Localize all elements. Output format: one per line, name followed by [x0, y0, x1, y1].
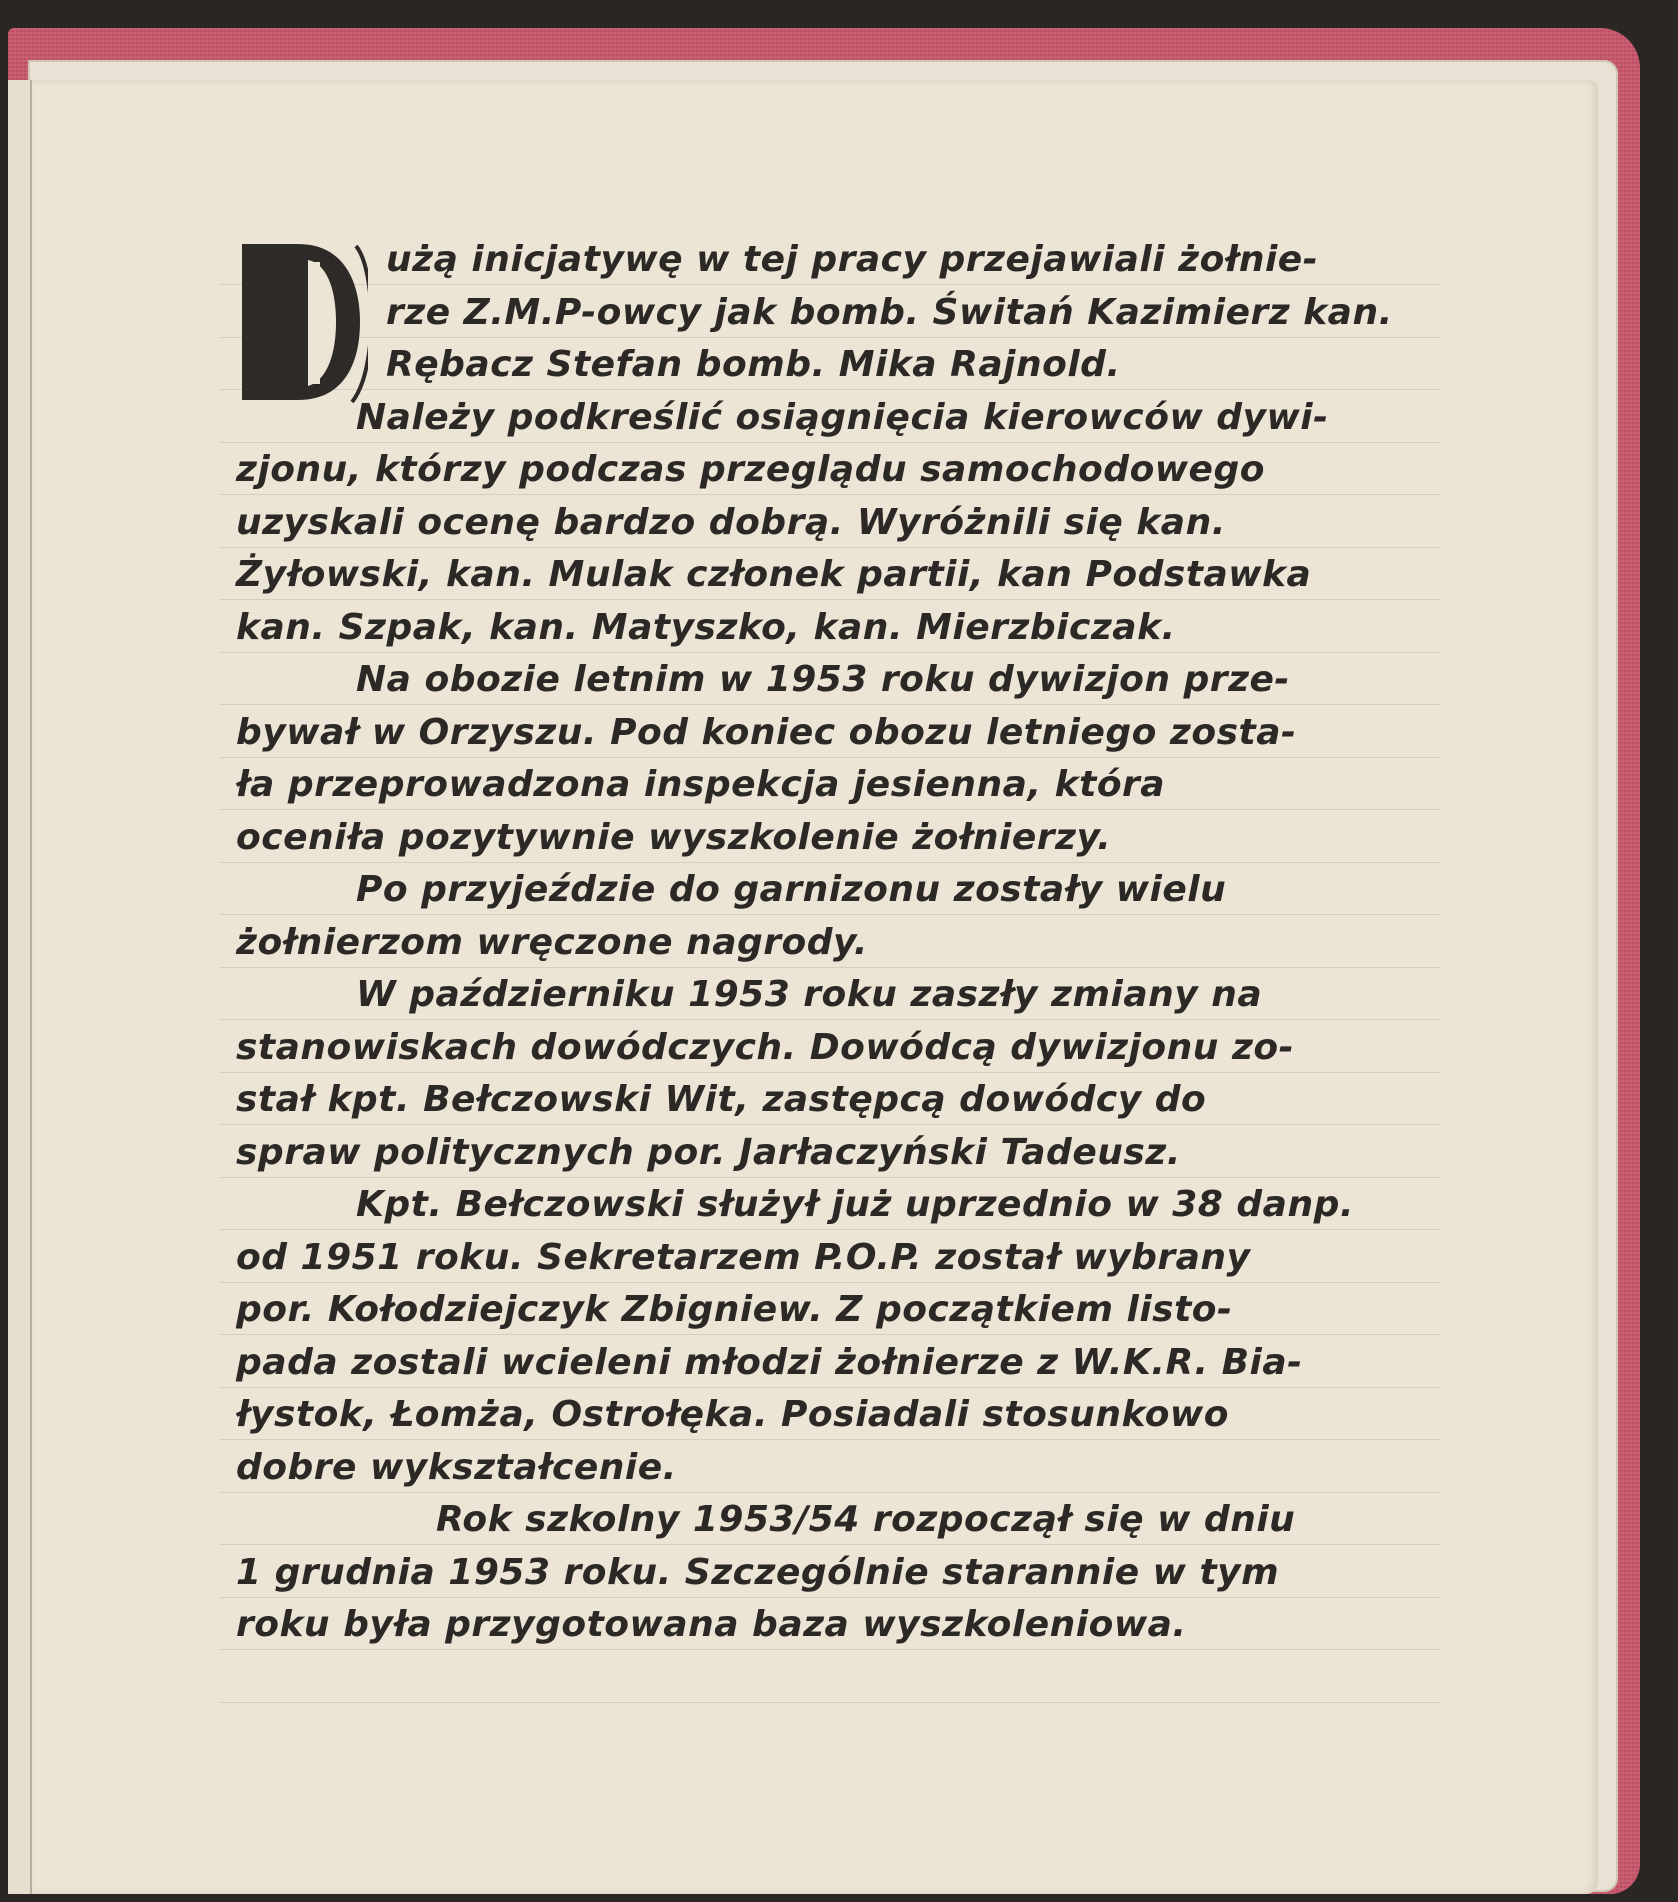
page-gutter	[8, 80, 33, 1894]
text-line: Żyłowski, kan. Mulak członek partii, kan…	[236, 549, 1446, 602]
paragraph: Należy podkreślić osiągnięcia kierowców …	[236, 392, 1446, 655]
text-line: Na obozie letnim w 1953 roku dywizjon pr…	[236, 654, 1446, 707]
text-line: Rok szkolny 1953/54 rozpoczął się w dniu	[236, 1494, 1446, 1547]
text-line: Należy podkreślić osiągnięcia kierowców …	[236, 392, 1446, 445]
text-line: stał kpt. Bełczowski Wit, zastępcą dowód…	[236, 1074, 1446, 1127]
paragraph: W październiku 1953 roku zaszły zmiany n…	[236, 969, 1446, 1179]
handwritten-text: użą inicjatywę w tej pracy przejawiali ż…	[236, 234, 1446, 1652]
text-line: ła przeprowadzona inspekcja jesienna, kt…	[236, 759, 1446, 812]
text-line: pada zostali wcieleni młodzi żołnierze z…	[236, 1337, 1446, 1390]
text-line: roku była przygotowana baza wyszkoleniow…	[236, 1599, 1446, 1652]
paragraph: Na obozie letnim w 1953 roku dywizjon pr…	[236, 654, 1446, 864]
text-line: użą inicjatywę w tej pracy przejawiali ż…	[236, 234, 1446, 287]
text-line: Rębacz Stefan bomb. Mika Rajnold.	[236, 339, 1446, 392]
text-line: rze Z.M.P-owcy jak bomb. Świtań Kazimier…	[236, 287, 1446, 340]
text-line: kan. Szpak, kan. Matyszko, kan. Mierzbic…	[236, 602, 1446, 655]
text-line: spraw politycznych por. Jarłaczyński Tad…	[236, 1127, 1446, 1180]
paragraph: Po przyjeździe do garnizonu zostały wiel…	[236, 864, 1446, 969]
paragraph: Kpt. Bełczowski służył już uprzednio w 3…	[236, 1179, 1446, 1494]
ruled-line	[220, 1702, 1440, 1703]
text-line: Kpt. Bełczowski służył już uprzednio w 3…	[236, 1179, 1446, 1232]
paragraph: Rok szkolny 1953/54 rozpoczął się w dniu…	[236, 1494, 1446, 1652]
text-line: bywał w Orzyszu. Pod koniec obozu letnie…	[236, 707, 1446, 760]
text-line: zjonu, którzy podczas przeglądu samochod…	[236, 444, 1446, 497]
text-line: dobre wykształcenie.	[236, 1442, 1446, 1495]
text-line: W październiku 1953 roku zaszły zmiany n…	[236, 969, 1446, 1022]
text-line: Po przyjeździe do garnizonu zostały wiel…	[236, 864, 1446, 917]
text-line: uzyskali ocenę bardzo dobrą. Wyróżnili s…	[236, 497, 1446, 550]
text-line: oceniła pozytywnie wyszkolenie żołnierzy…	[236, 812, 1446, 865]
text-line: stanowiskach dowódczych. Dowódcą dywizjo…	[236, 1022, 1446, 1075]
text-line: łystok, Łomża, Ostrołęka. Posiadali stos…	[236, 1389, 1446, 1442]
text-line: od 1951 roku. Sekretarzem P.O.P. został …	[236, 1232, 1446, 1285]
text-line: żołnierzom wręczone nagrody.	[236, 917, 1446, 970]
text-line: por. Kołodziejczyk Zbigniew. Z początkie…	[236, 1284, 1446, 1337]
text-line: 1 grudnia 1953 roku. Szczególnie starann…	[236, 1547, 1446, 1600]
paragraph: użą inicjatywę w tej pracy przejawiali ż…	[236, 234, 1446, 392]
